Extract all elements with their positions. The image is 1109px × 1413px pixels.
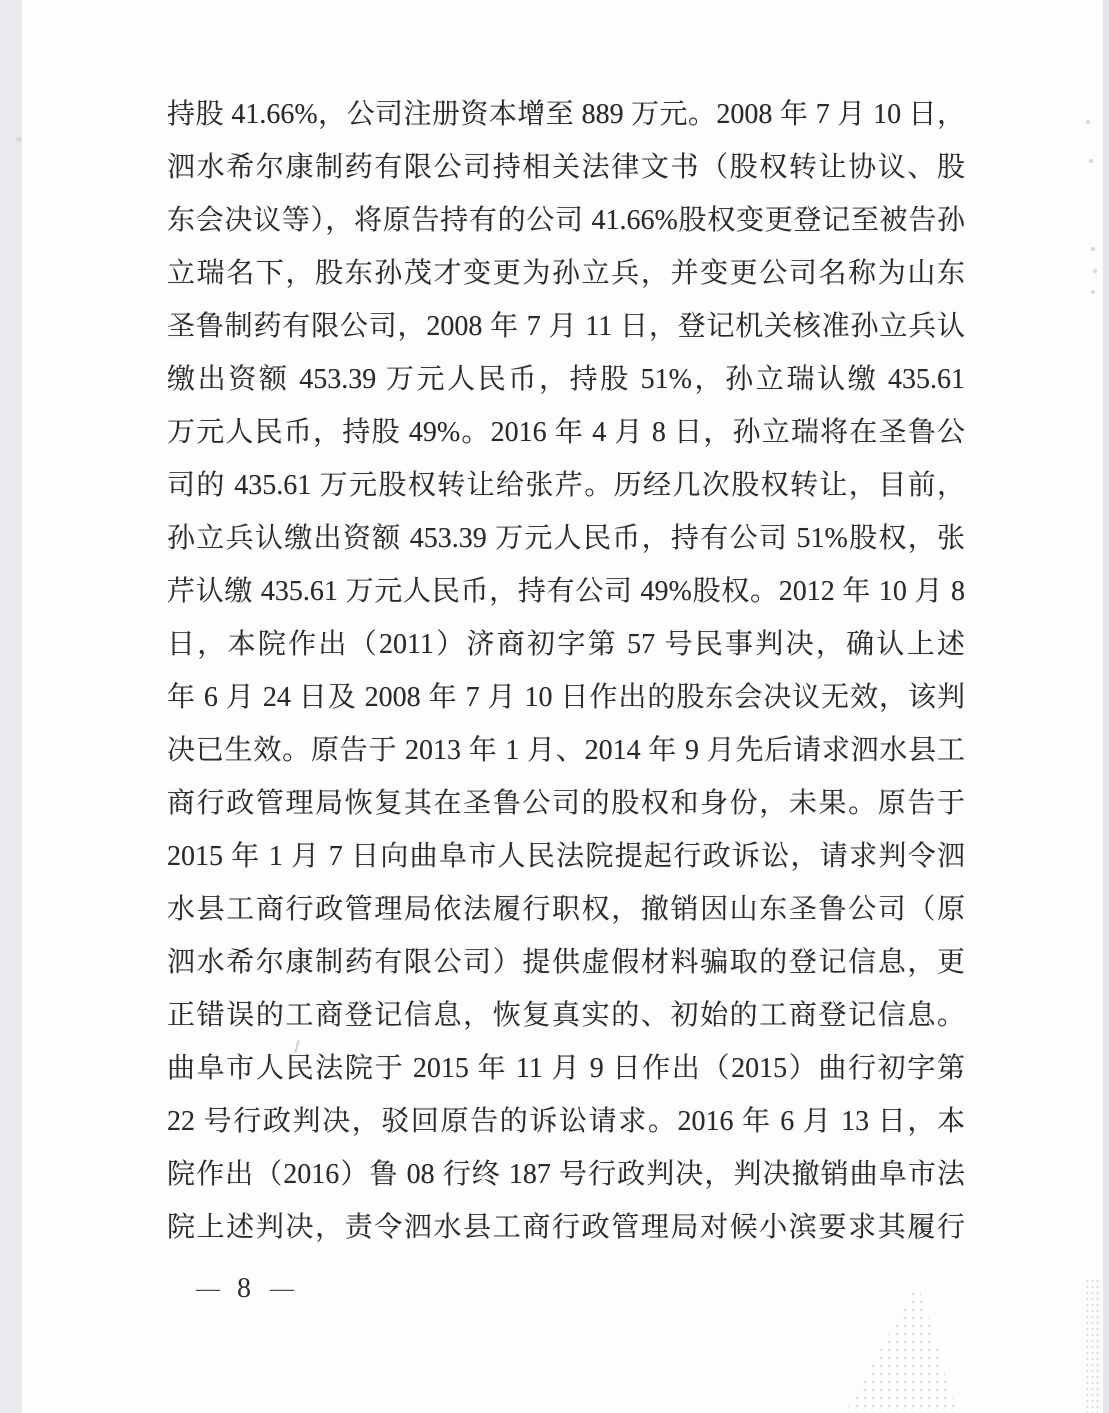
scanned-judgment-page: { "document": { "lines": [ "持股 41.66%，公司…: [0, 0, 1109, 1413]
text-line: 立瑞名下，股东孙茂才变更为孙立兵，并变更公司名称为山东: [167, 247, 965, 300]
text-line: 万元人民币，持股 49%。2016 年 4 月 8 日，孙立瑞将在圣鲁公: [167, 406, 965, 459]
text-line: 水县工商行政管理局依法履行职权，撤销因山东圣鲁公司（原: [167, 883, 965, 936]
text-line: 决已生效。原告于 2013 年 1 月、2014 年 9 月先后请求泗水县工: [167, 724, 965, 777]
text-line: 22 号行政判决，驳回原告的诉讼请求。2016 年 6 月 13 日，本: [167, 1095, 965, 1148]
scan-speckle: [1091, 290, 1095, 294]
text-line: 缴出资额 453.39 万元人民币，持股 51%，孙立瑞认缴 435.61: [167, 353, 965, 406]
text-line: 东会决议等），将原告持有的公司 41.66%股权变更登记至被告孙: [167, 194, 965, 247]
scan-edge-left: [0, 0, 22, 1413]
scan-noise-band: [1085, 1278, 1102, 1413]
text-line: 圣鲁制药有限公司，2008 年 7 月 11 日，登记机关核准孙立兵认: [167, 300, 965, 353]
scan-speckle: [1086, 120, 1090, 124]
text-line: 曲阜市人民法院于 2015 年 11 月 9 日作出（2015）曲行初字第: [167, 1042, 965, 1095]
text-line: 日，本院作出（2011）济商初字第 57 号民事判决，确认上述 2003: [167, 618, 965, 671]
text-line: 正错误的工商登记信息，恢复真实的、初始的工商登记信息。: [167, 989, 965, 1042]
text-line: 孙立兵认缴出资额 453.39 万元人民币，持有公司 51%股权，张: [167, 512, 965, 565]
text-line: 商行政管理局恢复其在圣鲁公司的股权和身份，未果。原告于: [167, 777, 965, 830]
scan-noise-cloud: [845, 1282, 957, 1413]
text-line: 院上述判决，责令泗水县工商行政管理局对候小滨要求其履行: [167, 1201, 965, 1254]
scan-speckle: [1089, 159, 1093, 163]
text-line: 院作出（2016）鲁 08 行终 187 号行政判决，判决撤销曲阜市法: [167, 1148, 965, 1201]
text-line: 年 6 月 24 日及 2008 年 7 月 10 日作出的股东会决议无效，该判: [167, 671, 965, 724]
text-line: 2015 年 1 月 7 日向曲阜市人民法院提起行政诉讼，请求判令泗: [167, 830, 965, 883]
text-line: 司的 435.61 万元股权转让给张芹。历经几次股权转让，目前，: [167, 459, 965, 512]
text-line: 泗水希尔康制药有限公司）提供虚假材料骗取的登记信息，更: [167, 936, 965, 989]
footer-left-dash: —: [196, 1276, 218, 1303]
footer-right-dash: —: [270, 1276, 292, 1303]
scan-edge-right: [1103, 0, 1109, 1413]
scan-speckle: [1091, 247, 1095, 251]
text-line: 泗水希尔康制药有限公司持相关法律文书（股权转让协议、股: [167, 141, 965, 194]
judgment-body-text: 持股 41.66%，公司注册资本增至 889 万元。2008 年 7 月 10 …: [167, 88, 965, 1254]
text-line: 芹认缴 435.61 万元人民币，持有公司 49%股权。2012 年 10 月 …: [167, 565, 965, 618]
scan-speckle: [1093, 269, 1097, 273]
page-number-footer: — 8 —: [196, 1264, 292, 1314]
text-line: 持股 41.66%，公司注册资本增至 889 万元。2008 年 7 月 10 …: [167, 88, 965, 141]
footer-page-number: 8: [237, 1273, 251, 1305]
scan-speckle: [16, 137, 22, 142]
